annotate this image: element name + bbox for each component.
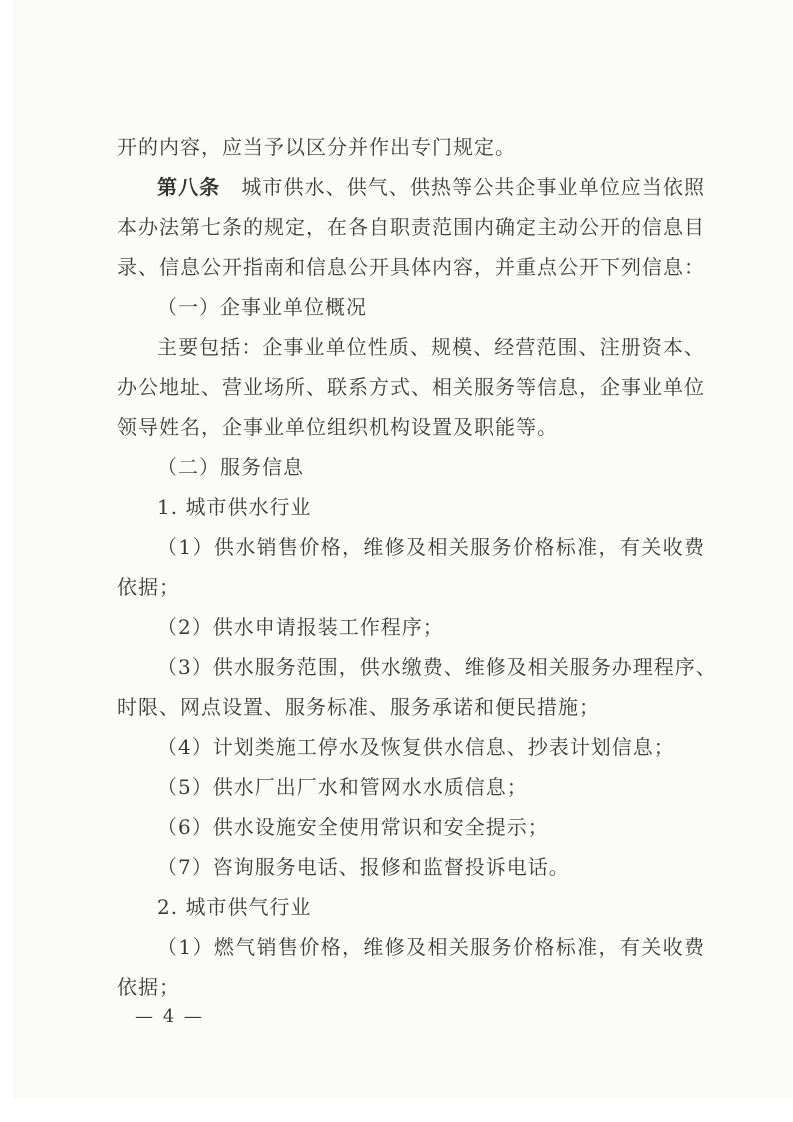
text-line: 2. 城市供气行业 <box>117 887 705 927</box>
text-line: 主要包括：企事业单位性质、规模、经营范围、注册资本、 <box>117 327 705 367</box>
text-line: 本办法第七条的规定，在各自职责范围内确定主动公开的信息目 <box>117 207 705 247</box>
text-line: （4）计划类施工停水及恢复供水信息、抄表计划信息； <box>117 727 705 767</box>
text-line: （6）供水设施安全使用常识和安全提示； <box>117 807 705 847</box>
text-line: （1）供水销售价格，维修及相关服务价格标准，有关收费 <box>117 527 705 567</box>
text-line: 开的内容，应当予以区分并作出专门规定。 <box>117 127 705 167</box>
text-line: （2）供水申请报装工作程序； <box>117 607 705 647</box>
text-line: （1）燃气销售价格，维修及相关服务价格标准，有关收费 <box>117 927 705 967</box>
text-line: （5）供水厂出厂水和管网水水质信息； <box>117 767 705 807</box>
text-line: 依据； <box>117 967 705 1007</box>
text-line: （二）服务信息 <box>117 447 705 487</box>
text-line: 1. 城市供水行业 <box>117 487 705 527</box>
text-line: 录、信息公开指南和信息公开具体内容，并重点公开下列信息： <box>117 247 705 287</box>
text-line: （7）咨询服务电话、报修和监督投诉电话。 <box>117 847 705 887</box>
text-line: （3）供水服务范围，供水缴费、维修及相关服务办理程序、 <box>117 647 705 687</box>
text-line: 办公地址、营业场所、联系方式、相关服务等信息，企事业单位 <box>117 367 705 407</box>
document-body: 开的内容，应当予以区分并作出专门规定。第八条 城市供水、供气、供热等公共企事业单… <box>117 127 705 1007</box>
text-line: 第八条 城市供水、供气、供热等公共企事业单位应当依照 <box>117 167 705 207</box>
text-line: 依据； <box>117 567 705 607</box>
article-number-bold: 第八条 <box>157 175 220 199</box>
page-number: — 4 — <box>135 1002 204 1032</box>
text-line: （一）企事业单位概况 <box>117 287 705 327</box>
text-line: 领导姓名，企事业单位组织机构设置及职能等。 <box>117 407 705 447</box>
text-line: 时限、网点设置、服务标准、服务承诺和便民措施； <box>117 687 705 727</box>
scanned-page-sheet: 开的内容，应当予以区分并作出专门规定。第八条 城市供水、供气、供热等公共企事业单… <box>14 0 793 1098</box>
